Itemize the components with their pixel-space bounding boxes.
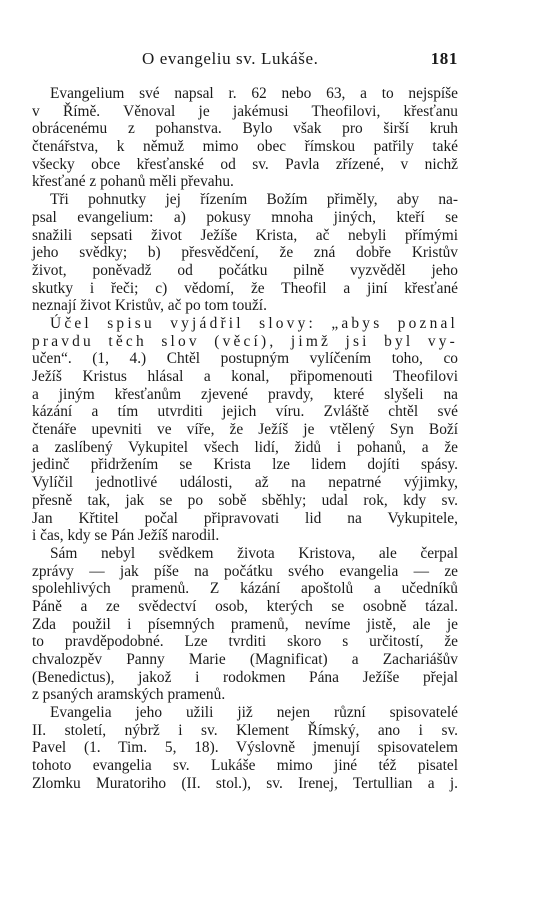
text-line: Páně a ze svědectví osob, kterých se oso… [32, 598, 458, 616]
book-page: O evangeliu sv. Lukáše. 181 Evangelium s… [0, 0, 546, 916]
text-line: Sám nebyl svědkem života Kristova, ale č… [32, 545, 458, 563]
text-line: zprávy — jak píše na počátku svého evang… [32, 563, 458, 581]
running-header: O evangeliu sv. Lukáše. 181 [32, 49, 458, 71]
body-text: Evangelium své napsal r. 62 nebo 63, a t… [32, 85, 458, 793]
text-line: Evangelia jeho užili již nejen různí spi… [32, 704, 458, 722]
text-line: to pravděpodobné. Lze tvrditi skoro s ur… [32, 633, 458, 651]
text-line: Účel spisu vyjádřil slovy: „abys poznal [32, 315, 458, 333]
text-line: (Benedictus), jakož i rodokmen Pána Ježí… [32, 669, 458, 687]
text-line: učen“. (1, 4.) Chtěl postupným vylíčením… [32, 350, 458, 368]
paragraph: Evangelium své napsal r. 62 nebo 63, a t… [32, 85, 458, 191]
text-line: Zlomku Muratoriho (II. stol.), sv. Irene… [32, 775, 458, 793]
text-line: přesně tak, jak se po sobě sběhly; udal … [32, 492, 458, 510]
text-line: tohoto evangelia sv. Lukáše mimo jiné té… [32, 757, 458, 775]
text-line: Evangelium své napsal r. 62 nebo 63, a t… [32, 85, 458, 103]
text-line: Tři pohnutky jej řízením Božím přiměly, … [32, 191, 458, 209]
paragraph: Účel spisu vyjádřil slovy: „abys poznal … [32, 315, 458, 545]
text-line: křesťané z pohanů měli převahu. [32, 173, 458, 191]
text-line: II. století, nýbrž i sv. Klement Římský,… [32, 722, 458, 740]
text-line: život, poněvadž od počátku pilně vyzvědě… [32, 262, 458, 280]
page-number: 181 [431, 49, 458, 69]
text-line: všecky obce křesťanské od sv. Pavla zříz… [32, 156, 458, 174]
text-line: čtenářstva, k němuž mimo obec římskou pa… [32, 138, 458, 156]
text-line: kázání a tím utvrditi jejich víru. Zvláš… [32, 403, 458, 421]
paragraph: Evangelia jeho užili již nejen různí spi… [32, 704, 458, 792]
paragraph: Tři pohnutky jej řízením Božím přiměly, … [32, 191, 458, 315]
text-line: snažili sepsati život Ježíše Krista, ač … [32, 227, 458, 245]
text-line: jeho svědky; b) přesvědčení, že zná dobř… [32, 244, 458, 262]
text-line: pravdu těch slov (věcí), jimž jsi byl vy… [32, 333, 458, 351]
text-line: čtenáře upevniti ve víře, že Ježíš je vt… [32, 421, 458, 439]
text-line: psal evangelium: a) pokusy mnoha jiných,… [32, 209, 458, 227]
text-line: Vylíčil jednotlivé události, až na nepat… [32, 474, 458, 492]
text-line: a zaslíbený Vykupitel všech lidí, židů i… [32, 439, 458, 457]
text-line: i čas, kdy se Pán Ježíš narodil. [32, 527, 458, 545]
text-line: skutky i řeči; c) vědomí, že Theofil a j… [32, 280, 458, 298]
text-line: spolehlivých pramenů. Z kázání apoštolů … [32, 580, 458, 598]
chapter-title: O evangeliu sv. Lukáše. [142, 49, 319, 69]
text-line: a jiným křesťanům zjevené pravdy, které … [32, 386, 458, 404]
text-line: chvalozpěv Panny Marie (Magnificat) a Za… [32, 651, 458, 669]
text-line: jedinč přidržením se Krista lze lidem do… [32, 456, 458, 474]
text-line: Zda použil i písemných pramenů, nevíme j… [32, 616, 458, 634]
text-line: Pavel (1. Tim. 5, 18). Výslovně jmenují … [32, 739, 458, 757]
text-line: z psaných aramských pramenů. [32, 686, 458, 704]
text-line: v Římě. Věnoval je jakémusi Theofilovi, … [32, 103, 458, 121]
text-line: neznají život Kristův, ač po tom touží. [32, 297, 458, 315]
text-line: Ježíš Kristus hlásal a konal, připomenou… [32, 368, 458, 386]
text-line: Jan Křtitel počal připravovati lid na Vy… [32, 510, 458, 528]
paragraph: Sám nebyl svědkem života Kristova, ale č… [32, 545, 458, 704]
text-line: obrácenému z pohanstva. Bylo však pro ši… [32, 120, 458, 138]
